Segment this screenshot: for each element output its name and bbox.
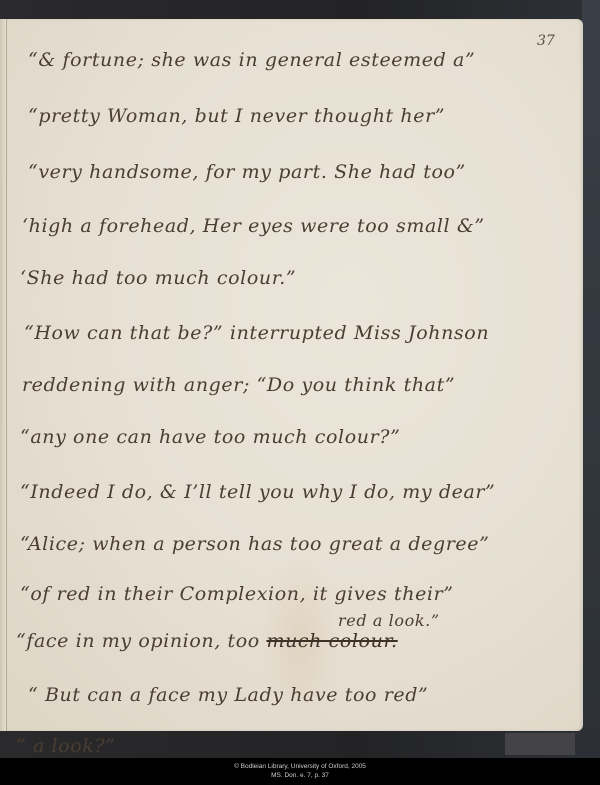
text-line-13: “ But can a face my Lady have too red” [28, 684, 428, 706]
manuscript-page: 37 “& fortune; she was in general esteem… [0, 19, 583, 731]
copyright-notice: © Bodleian Library, University of Oxford… [0, 762, 600, 771]
text-line-1: “& fortune; she was in general esteemed … [28, 49, 475, 71]
text-line-10: “Alice; when a person has too great a de… [20, 533, 489, 555]
struck-through-text: much colour. [266, 630, 397, 652]
text-line-6: “How can that be?” interrupted Miss John… [24, 322, 489, 344]
text-line-14: “ a look?” [16, 735, 116, 757]
scan-mount-plate [505, 733, 575, 755]
text-line-9: “Indeed I do, & I’ll tell you why I do, … [20, 481, 495, 503]
binding-edge [6, 19, 7, 731]
text-line-3: “very handsome, for my part. She had too… [28, 161, 466, 183]
text-line-2: “pretty Woman, but I never thought her” [28, 105, 445, 127]
manuscript-viewer: 37 “& fortune; she was in general esteem… [0, 0, 600, 785]
text-line-4: ‘high a forehead, Her eyes were too smal… [22, 215, 485, 237]
page-number: 37 [537, 33, 555, 49]
text-line-7: reddening with anger; “Do you think that… [22, 374, 455, 396]
scan-edge-strip [582, 0, 600, 758]
image-caption: © Bodleian Library, University of Oxford… [0, 758, 600, 785]
text-line-5: ‘She had too much colour.” [20, 267, 296, 289]
text-line-12: “face in my opinion, too much colour. [16, 630, 398, 652]
text-line-11: “of red in their Complexion, it gives th… [20, 583, 454, 605]
text-line-12-body: “face in my opinion, too [16, 630, 260, 652]
inserted-correction: red a look.” [338, 611, 440, 630]
shelfmark: MS. Don. e. 7, p. 37 [0, 771, 600, 780]
text-line-8: “any one can have too much colour?” [20, 426, 400, 448]
